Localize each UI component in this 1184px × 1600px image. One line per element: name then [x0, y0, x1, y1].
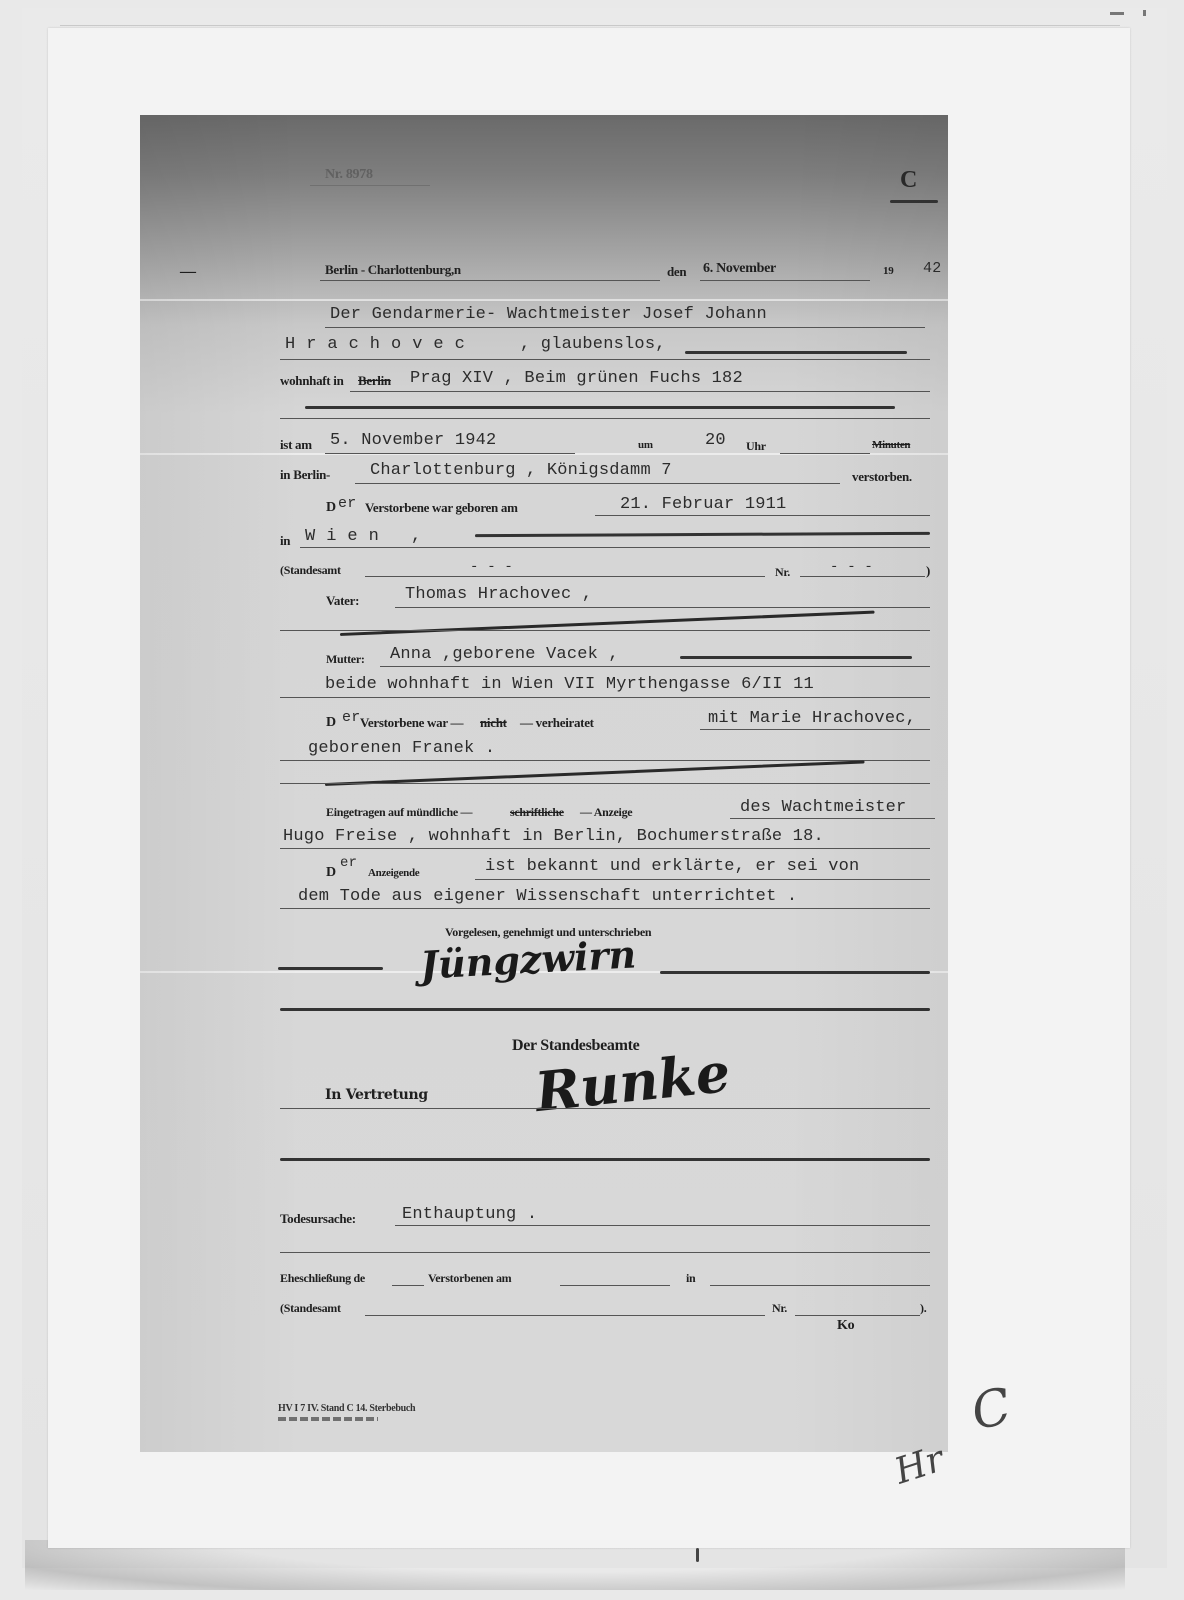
vater-label: Vater: — [326, 593, 359, 609]
mount-edge-line — [60, 25, 1120, 26]
parents-residence-rule — [280, 697, 930, 698]
born-label: Verstorbene war geboren am — [365, 500, 518, 516]
strike-line — [305, 406, 895, 409]
um-label: um — [638, 439, 653, 451]
uhr-label: Uhr — [746, 439, 766, 454]
death-register-form: Nr. 8978 C — Berlin - Charlottenburg,n d… — [140, 115, 948, 1452]
ehe-label-2: Verstorbenen am — [428, 1271, 511, 1286]
ehe-nr-rule — [795, 1315, 920, 1316]
standesamt-label: (Standesamt — [280, 563, 341, 578]
year-prefix: 19 — [883, 265, 893, 277]
todesursache-label: Todesursache: — [280, 1211, 356, 1227]
year-suffix: 42 — [923, 260, 941, 277]
eingetragen-struck: schriftliche — [510, 805, 564, 820]
strike-line — [685, 351, 907, 354]
minuten-label: Minuten — [872, 439, 910, 451]
scan-artifact-line — [140, 299, 948, 301]
anzeigende-text-2: dem Tode aus eigener Wissenschaft unterr… — [298, 887, 797, 906]
married-suffix: er — [342, 709, 360, 726]
intro-rule — [325, 327, 925, 328]
born-in-label: in — [280, 533, 290, 549]
place-rule — [355, 483, 840, 484]
strike-line — [475, 532, 930, 537]
ehe-close: ). — [920, 1301, 926, 1316]
ehe-nr-label: Nr. — [772, 1301, 787, 1316]
header-place-rule — [320, 280, 660, 281]
informant-line-2: Hugo Freise , wohnhaft in Berlin, Bochum… — [283, 827, 824, 846]
married-label: Verstorbene war — — [360, 715, 463, 731]
ehe-gender-rule — [392, 1285, 424, 1286]
nr-rule — [800, 576, 925, 577]
married-rule — [700, 729, 930, 730]
register-number-rule — [310, 185, 430, 186]
registrar-rule-lower — [280, 1158, 930, 1161]
informant-rule-1 — [730, 818, 935, 819]
anzeige-label: — Anzeige — [580, 805, 632, 820]
signature-rule-lower — [280, 1008, 930, 1011]
spouse-maiden-name: geborenen Franek . — [308, 739, 495, 758]
register-number: Nr. 8978 — [325, 167, 373, 183]
section-letter-underline — [890, 200, 938, 203]
in-vertretung-label: In Vertretung — [325, 1087, 428, 1103]
verstorben-label: verstorben. — [852, 469, 912, 485]
corner-dot — [1143, 10, 1146, 16]
religion: , glaubenslos, — [520, 335, 666, 354]
anzeigende-rule-2 — [280, 908, 930, 909]
standesamt-value: - - - — [470, 559, 513, 575]
married-label2: — verheiratet — [520, 715, 594, 731]
anzeigende-label: Anzeigende — [368, 867, 419, 879]
dash-mark: — — [180, 263, 196, 281]
vater-value: Thomas Hrachovec , — [405, 585, 592, 604]
standesamt-rule — [365, 576, 765, 577]
blank-rule — [280, 418, 930, 419]
died-label: ist am — [280, 437, 312, 453]
surname-rule — [280, 359, 930, 360]
born-place-rule — [300, 547, 930, 548]
form-footer: HV I 7 IV. Stand C 14. Sterbebuch — [278, 1403, 415, 1414]
place-label: in Berlin- — [280, 467, 330, 483]
born-date: 21. Februar 1911 — [620, 495, 786, 514]
blank-rule — [280, 630, 930, 631]
residence-label: wohnhaft in — [280, 373, 344, 389]
married-struck: nicht — [480, 715, 507, 731]
nr-label: Nr. — [775, 565, 790, 580]
header-place: Berlin - Charlottenburg,n — [325, 262, 461, 278]
intro-line: Der Gendarmerie- Wachtmeister Josef Joha… — [330, 305, 767, 324]
married-prefix: D — [326, 715, 336, 731]
anzeigende-prefix: D — [326, 865, 336, 881]
bottom-tick-mark — [696, 1548, 699, 1562]
header-date: 6. November — [703, 261, 776, 277]
anzeigende-suffix: er — [340, 855, 357, 871]
residence-value: Prag XIV , Beim grünen Fuchs 182 — [410, 369, 743, 388]
informant-line-1: des Wachtmeister — [740, 798, 906, 817]
married-value: mit Marie Hrachovec, — [708, 709, 916, 728]
ehe-standesamt-rule — [365, 1315, 765, 1316]
mutter-label: Mutter: — [326, 652, 365, 667]
ehe-label: Eheschließung de — [280, 1271, 365, 1286]
anzeigende-text: ist bekannt und erklärte, er sei von — [485, 857, 859, 876]
ehe-place-rule — [710, 1285, 930, 1286]
residence-struck: Berlin — [358, 373, 391, 389]
strike-line — [340, 611, 875, 636]
nr-value: - - - — [830, 559, 873, 575]
mutter-value: Anna ,geborene Vacek , — [390, 645, 619, 664]
born-place: Wien , — [305, 527, 432, 546]
died-date-rule — [325, 453, 575, 454]
form-footer-fineprint — [278, 1417, 378, 1421]
hour: 20 — [705, 431, 726, 450]
corner-mark — [1110, 12, 1124, 15]
eingetragen-label: Eingetragen auf mündliche — — [326, 805, 472, 820]
blank-rule — [280, 1252, 930, 1253]
born-suffix: er — [338, 495, 356, 512]
parents-residence: beide wohnhaft in Wien VII Myrthengasse … — [325, 675, 814, 694]
close-paren: ) — [926, 563, 930, 579]
ehe-in-label: in — [686, 1271, 695, 1286]
header-date-rule — [700, 280, 870, 281]
signature-rule-right — [660, 971, 930, 974]
surname: Hrachovec — [285, 335, 476, 354]
ko-note: Ko — [837, 1318, 854, 1334]
residence-rule — [350, 391, 930, 392]
registrar-rule — [280, 1108, 930, 1109]
vater-rule — [395, 607, 930, 608]
died-date: 5. November 1942 — [330, 431, 496, 450]
ehe-date-rule — [560, 1285, 670, 1286]
ehe-standesamt-label: (Standesamt — [280, 1301, 341, 1316]
strike-line — [680, 656, 912, 659]
signature-rule-left — [278, 967, 383, 970]
born-prefix: D — [326, 500, 336, 516]
anzeigende-rule — [475, 879, 930, 880]
todesursache-value: Enthauptung . — [402, 1205, 537, 1224]
born-date-rule — [595, 515, 930, 516]
blank-rule — [280, 783, 930, 784]
informant-rule-2 — [280, 848, 930, 849]
den-label: den — [667, 264, 686, 280]
mutter-rule — [380, 666, 930, 667]
minuten-rule — [780, 453, 870, 454]
todesursache-rule — [395, 1225, 930, 1226]
section-letter: C — [900, 167, 917, 194]
place-value: Charlottenburg , Königsdamm 7 — [370, 461, 672, 480]
